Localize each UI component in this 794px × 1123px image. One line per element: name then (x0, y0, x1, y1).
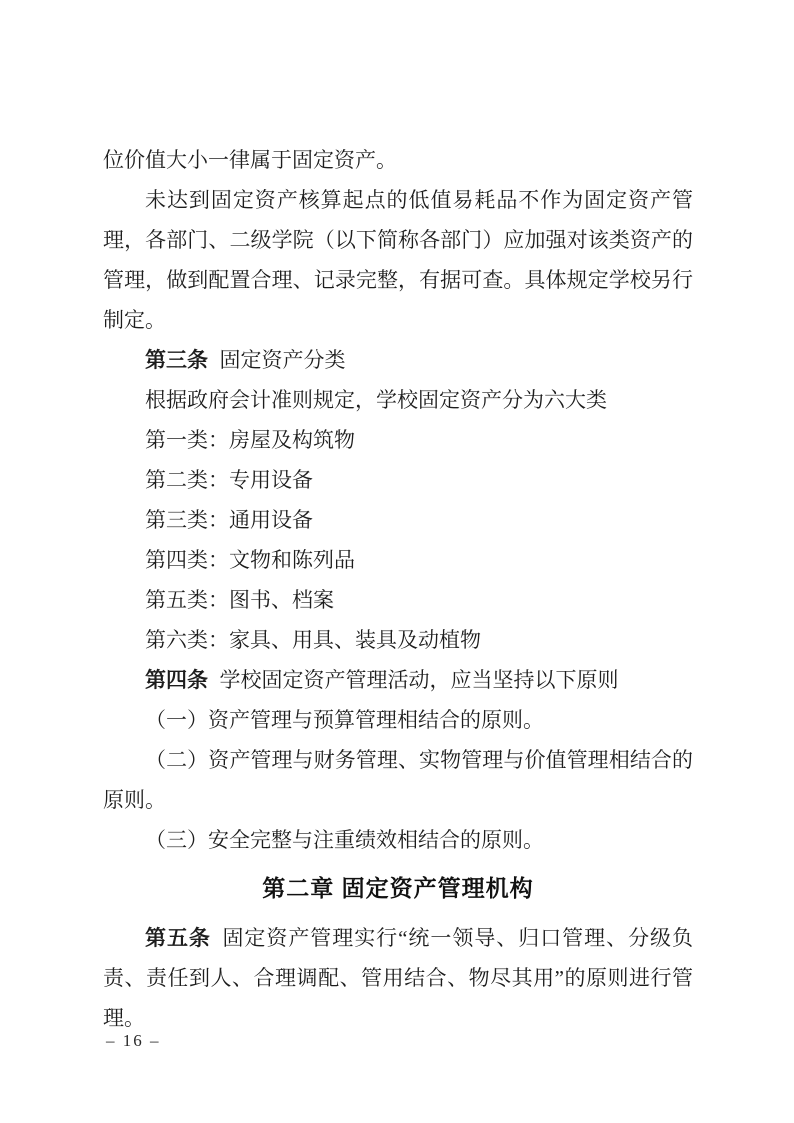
paragraph-article-5: 第五条固定资产管理实行“统一领导、归口管理、分级负责、责任到人、合理调配、管用结… (103, 918, 693, 1038)
list-item-category-6: 第六类：家具、用具、装具及动植物 (103, 620, 693, 660)
article-term: 第三条 (145, 348, 208, 372)
list-item-category-5: 第五类：图书、档案 (103, 580, 693, 620)
paragraph-text: 未达到固定资产核算起点的低值易耗品不作为固定资产管理，各部门、二级学院（以下简称… (103, 188, 693, 332)
paragraph-text: 位价值大小一律属于固定资产。 (103, 148, 397, 172)
paragraph-text: （一）资产管理与预算管理相结合的原则。 (145, 708, 544, 732)
paragraph-text: （二）资产管理与财务管理、实物管理与价值管理相结合的原则。 (103, 748, 693, 812)
paragraph-article-3: 第三条固定资产分类 (103, 340, 693, 380)
paragraph-text: 根据政府会计准则规定，学校固定资产分为六大类 (145, 388, 607, 412)
paragraph-text: 第二类：专用设备 (145, 468, 313, 492)
paragraph-text: （三）安全完整与注重绩效相结合的原则。 (145, 828, 544, 852)
chapter-heading: 第二章 固定资产管理机构 (103, 868, 693, 908)
list-item-category-3: 第三类：通用设备 (103, 500, 693, 540)
list-item-category-4: 第四类：文物和陈列品 (103, 540, 693, 580)
page-number: – 16 – (106, 1031, 161, 1051)
list-item-category-2: 第二类：专用设备 (103, 460, 693, 500)
list-item-principle-3: （三）安全完整与注重绩效相结合的原则。 (103, 820, 693, 860)
paragraph: 根据政府会计准则规定，学校固定资产分为六大类 (103, 380, 693, 420)
document-page: 位价值大小一律属于固定资产。 未达到固定资产核算起点的低值易耗品不作为固定资产管… (0, 0, 794, 1123)
paragraph-text: 第四类：文物和陈列品 (145, 548, 355, 572)
paragraph-text: 第六类：家具、用具、装具及动植物 (145, 628, 481, 652)
paragraph-text: 第三类：通用设备 (145, 508, 313, 532)
paragraph: 位价值大小一律属于固定资产。 (103, 140, 693, 180)
paragraph: 未达到固定资产核算起点的低值易耗品不作为固定资产管理，各部门、二级学院（以下简称… (103, 180, 693, 340)
paragraph-text: 学校固定资产管理活动，应当坚持以下原则 (220, 668, 619, 692)
list-item-category-1: 第一类：房屋及构筑物 (103, 420, 693, 460)
page-body: 位价值大小一律属于固定资产。 未达到固定资产核算起点的低值易耗品不作为固定资产管… (103, 140, 693, 1038)
paragraph-text: 第五类：图书、档案 (145, 588, 334, 612)
article-term: 第五条 (145, 926, 211, 950)
paragraph-text: 固定资产分类 (220, 348, 346, 372)
paragraph-text: 第一类：房屋及构筑物 (145, 428, 355, 452)
list-item-principle-1: （一）资产管理与预算管理相结合的原则。 (103, 700, 693, 740)
article-term: 第四条 (145, 668, 208, 692)
list-item-principle-2: （二）资产管理与财务管理、实物管理与价值管理相结合的原则。 (103, 740, 693, 820)
paragraph-article-4: 第四条学校固定资产管理活动，应当坚持以下原则 (103, 660, 693, 700)
